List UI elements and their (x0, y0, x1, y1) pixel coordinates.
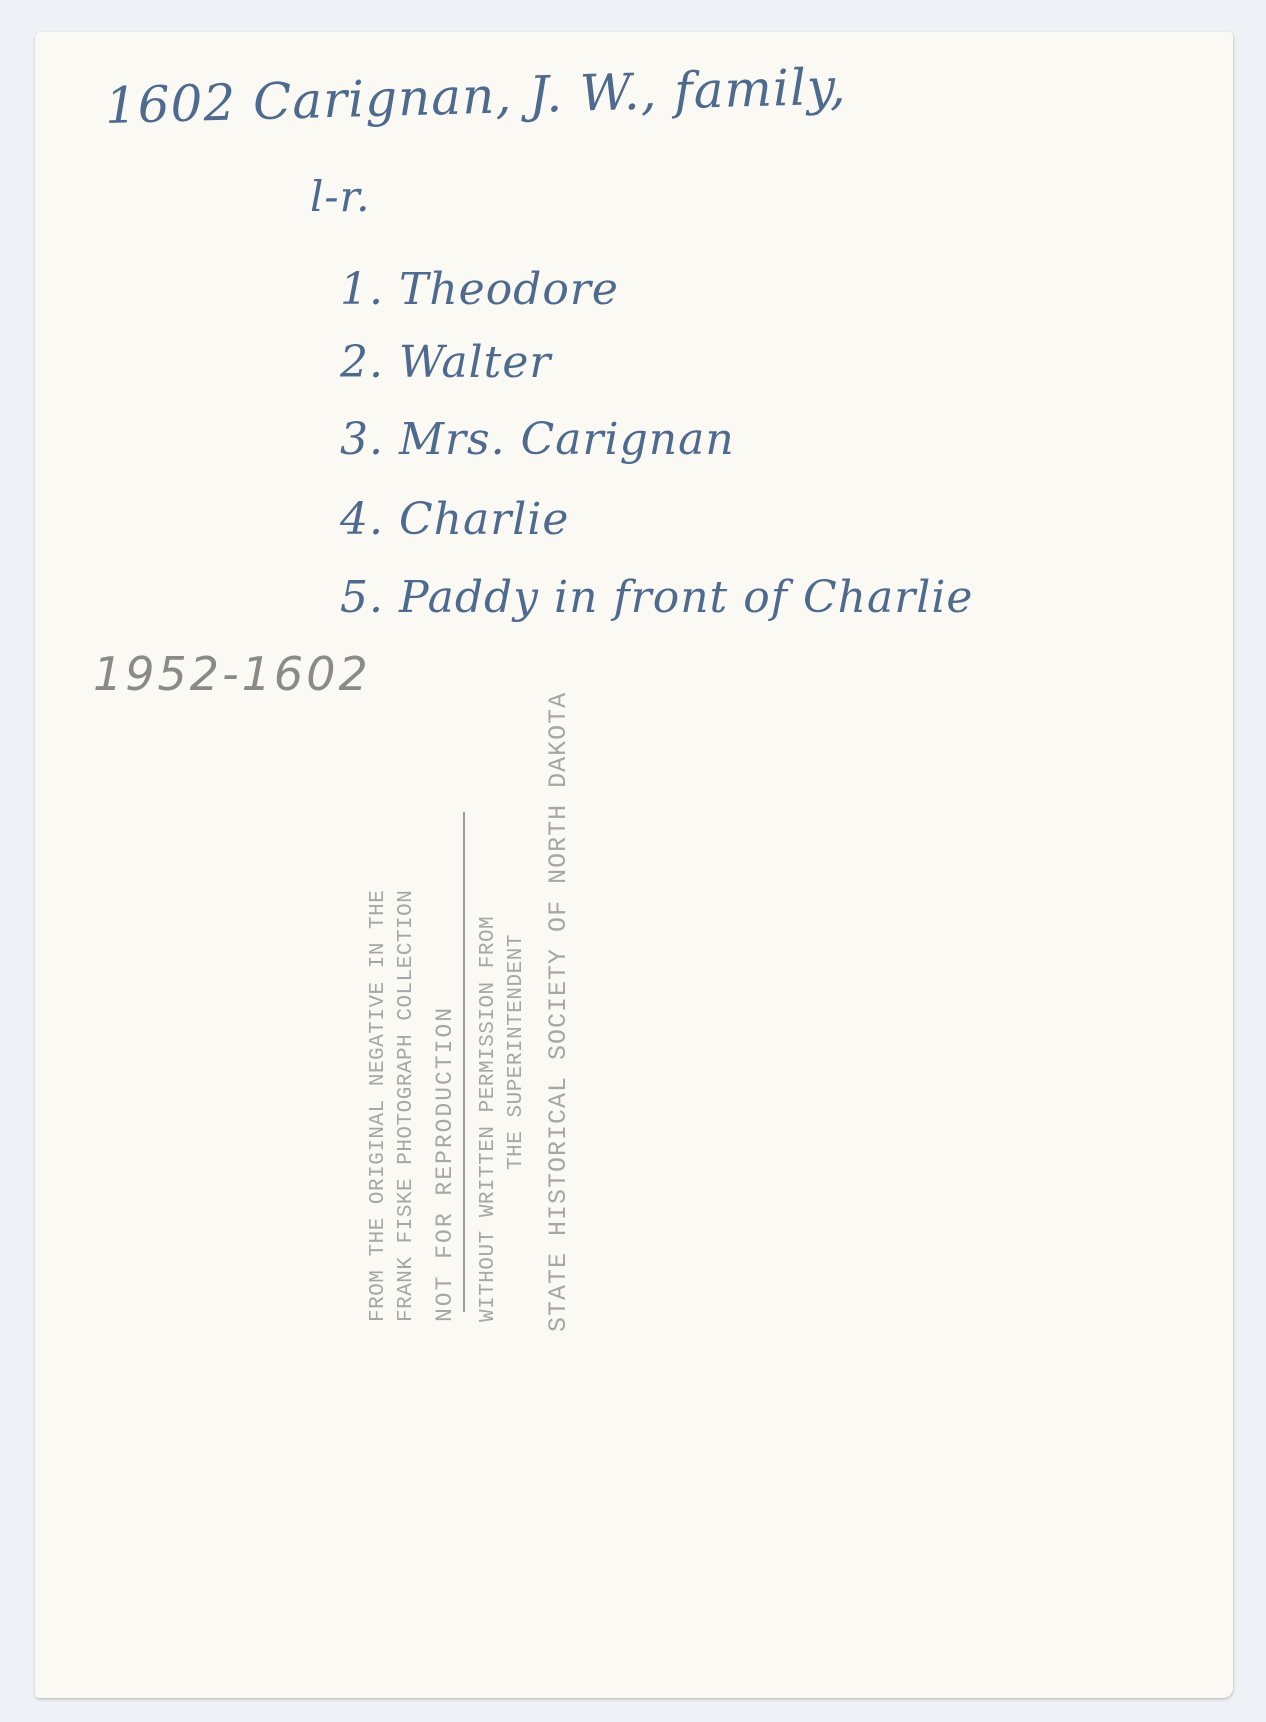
list-item: 3. Mrs. Carignan (340, 414, 735, 465)
list-item: 5. Paddy in front of Charlie (340, 572, 973, 623)
stamp-line-5: STATE HISTORICAL SOCIETY OF NORTH DAKOTA (545, 772, 573, 1332)
photo-card-back: 1602 Carignan, J. W., family, l-r. 1. Th… (35, 32, 1233, 1698)
stamp-divider (463, 812, 465, 1312)
list-item: 2. Walter (340, 337, 551, 388)
stamp-line-3: WITHOUT WRITTEN PERMISSION FROM (475, 772, 503, 1332)
stamp-notice: NOT FOR REPRODUCTION (431, 772, 459, 1332)
stamp-line-2: FRANK FISKE PHOTOGRAPH COLLECTION (393, 772, 421, 1332)
handwritten-title: 1602 Carignan, J. W., family, (104, 58, 847, 135)
handwritten-subtitle: l-r. (310, 172, 370, 221)
list-item: 1. Theodore (340, 264, 619, 315)
list-item: 4. Charlie (340, 494, 569, 545)
stamp-line-4: THE SUPERINTENDENT (503, 772, 531, 1332)
stamp-line-1: FROM THE ORIGINAL NEGATIVE IN THE (365, 772, 393, 1332)
archive-stamp: FROM THE ORIGINAL NEGATIVE IN THE FRANK … (365, 772, 665, 1332)
pencil-catalog-number: 1952-1602 (93, 647, 371, 701)
